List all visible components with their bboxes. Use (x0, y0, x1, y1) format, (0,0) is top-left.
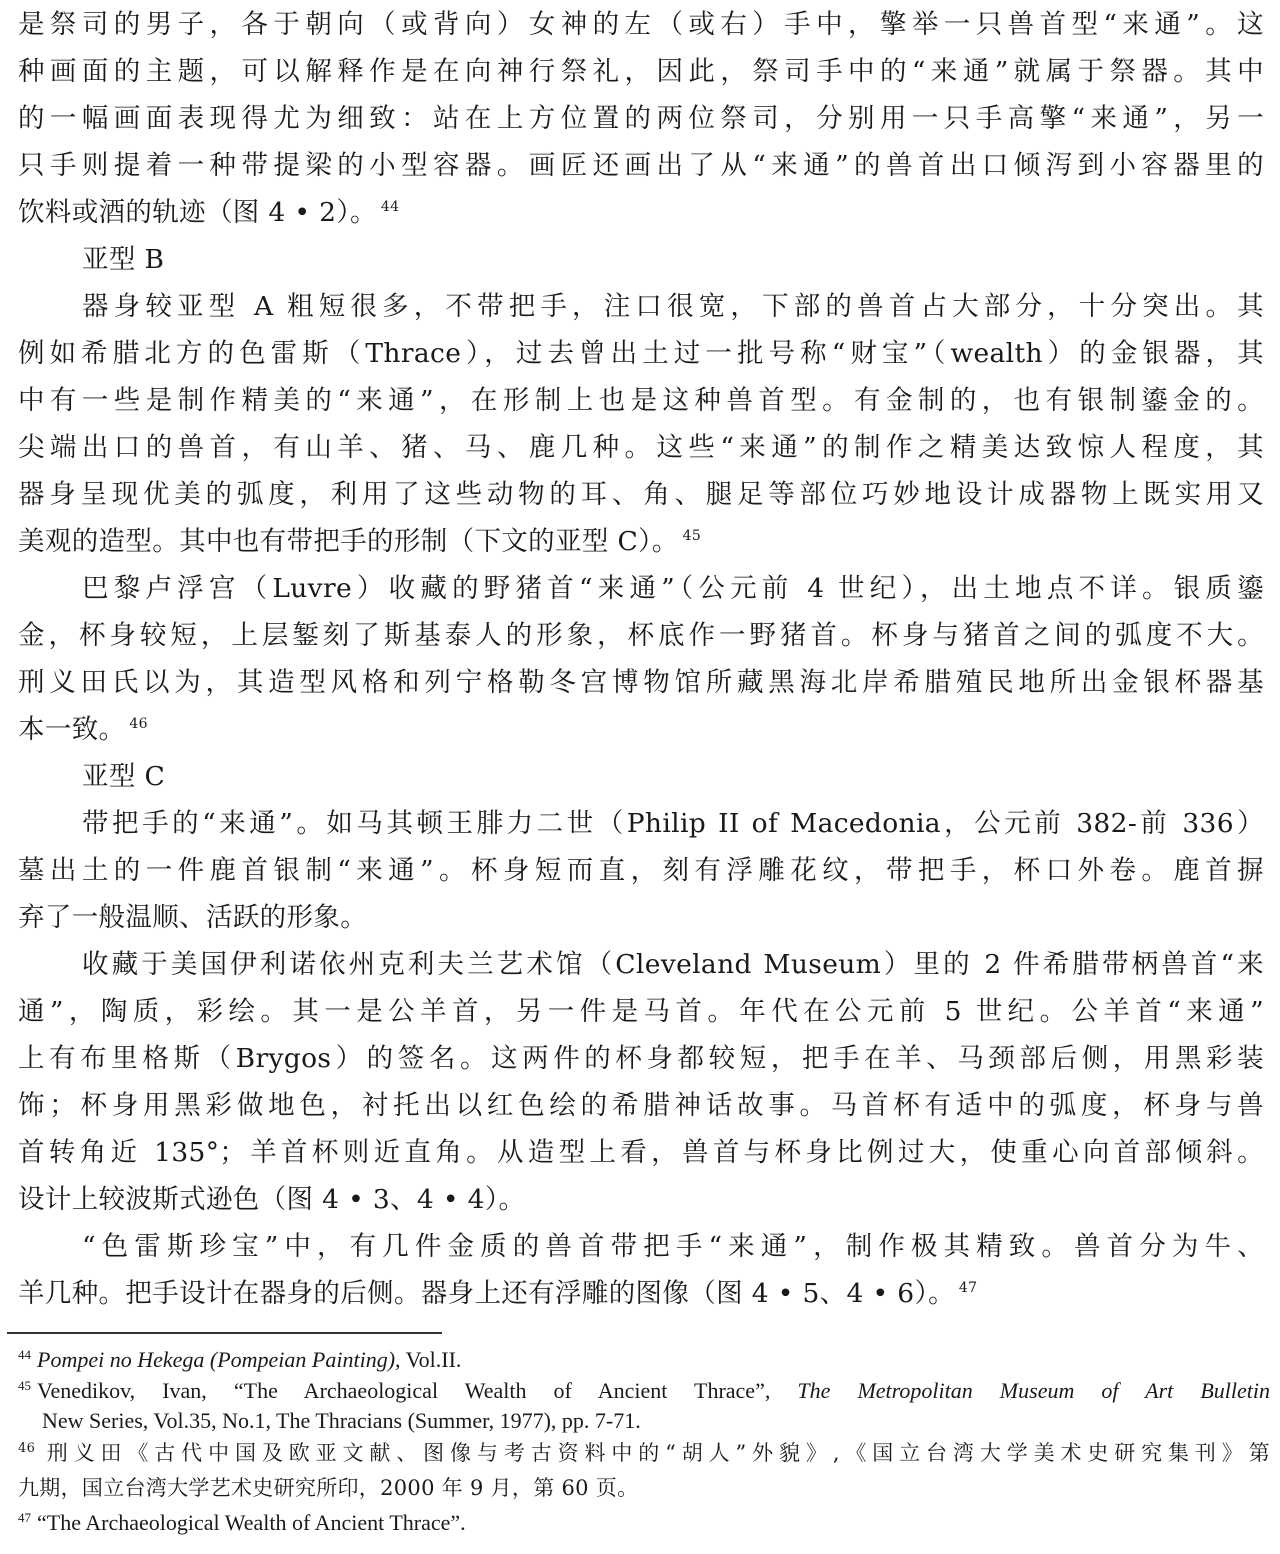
footnote-number: 45 (18, 1378, 31, 1393)
body-line: 饰；杯身用黑彩做地色，衬托出以红色绘的希腊神话故事。马首杯有适中的弧度，杯身与兽 (18, 1088, 1264, 1124)
body-line: 只手则提着一种带提梁的小型容器。画匠还画出了从“来通”的兽首出口倾泻到小容器里的 (18, 148, 1264, 184)
document-page: 是祭司的男子，各于朝向（或背向）女神的左（或右）手中，擎举一只兽首型“来通”。这… (0, 0, 1280, 1554)
footnote-ref-47[interactable]: 47 (959, 1280, 978, 1296)
body-line: 美观的造型。其中也有带把手的形制（下文的亚型 C）。45 (18, 524, 1264, 560)
footnote-45-continued: New Series, Vol.35, No.1, The Thracians … (42, 1407, 1270, 1435)
footnote-number: 46 (18, 1441, 35, 1456)
body-line: 通”，陶质，彩绘。其一是公羊首，另一件是马首。年代在公元前 5 世纪。公羊首“来… (18, 994, 1264, 1030)
footnote-text: , Vol.II. (395, 1347, 461, 1372)
body-line-text: 本一致。 (18, 714, 125, 745)
body-line: 饮料或酒的轨迹（图 4 • 2）。44 (18, 195, 1264, 231)
body-line-text: 美观的造型。其中也有带把手的形制（下文的亚型 C）。 (18, 526, 679, 557)
footnote-title: Pompei no Hekega (Pompeian Painting) (37, 1347, 395, 1372)
footnote-ref-46[interactable]: 46 (129, 716, 148, 732)
body-line: 带把手的“来通”。如马其顿王腓力二世（Philip II of Macedoni… (82, 806, 1264, 842)
footnote-text: Venedikov, Ivan, “The Archaeological Wea… (37, 1378, 797, 1403)
footnote-text: 刑义田《古代中国及欧亚文献、图像与考古资料中的“胡人”外貌》,《国立台湾大学美术… (41, 1441, 1270, 1465)
body-line: 墓出土的一件鹿首银制“来通”。杯身短而直，刻有浮雕花纹，带把手，杯口外卷。鹿首摒 (18, 853, 1264, 889)
footnote-ref-45[interactable]: 45 (683, 528, 702, 544)
footnote-47: 47“The Archaeological Wealth of Ancient … (18, 1509, 1270, 1537)
footnote-separator (7, 1332, 442, 1334)
body-line: 收藏于美国伊利诺依州克利夫兰艺术馆（Cleveland Museum）里的 2 … (82, 947, 1264, 983)
footnote-45: 45Venedikov, Ivan, “The Archaeological W… (18, 1377, 1270, 1405)
body-line: 金，杯身较短，上层錾刻了斯基泰人的形象，杯底作一野猪首。杯身与猪首之间的弧度不大… (18, 618, 1264, 654)
body-line: 器身较亚型 A 粗短很多，不带把手，注口很宽，下部的兽首占大部分，十分突出。其 (82, 289, 1264, 325)
body-line-text: 羊几种。把手设计在器身的后侧。器身上还有浮雕的图像（图 4 • 5、4 • 6）… (18, 1278, 955, 1309)
body-line: 巴黎卢浮宫（Luvre）收藏的野猪首“来通”（公元前 4 世纪），出土地点不详。… (82, 571, 1264, 607)
body-line: 弃了一般温顺、活跃的形象。 (18, 900, 1264, 936)
footnote-text: “The Archaeological Wealth of Ancient Th… (37, 1510, 466, 1535)
footnote-46-continued: 九期，国立台湾大学艺术史研究所印，2000 年 9 月，第 60 页。 (18, 1474, 1270, 1502)
body-line-text: 饮料或酒的轨迹（图 4 • 2）。 (18, 197, 377, 228)
subheading-subtype-b: 亚型 B (82, 242, 1264, 278)
body-line: 羊几种。把手设计在器身的后侧。器身上还有浮雕的图像（图 4 • 5、4 • 6）… (18, 1276, 1264, 1312)
footnote-number: 47 (18, 1510, 31, 1525)
body-line: 种画面的主题，可以解释作是在向神行祭礼，因此，祭司手中的“来通”就属于祭器。其中 (18, 54, 1264, 90)
footnote-ref-44[interactable]: 44 (381, 199, 400, 215)
body-line: 刑义田氏以为，其造型风格和列宁格勒冬宫博物馆所藏黑海北岸希腊殖民地所出金银杯器基 (18, 665, 1264, 701)
body-line: 首转角近 135°；羊首杯则近直角。从造型上看，兽首与杯身比例过大，使重心向首部… (18, 1135, 1264, 1171)
body-line: 上有布里格斯（Brygos）的签名。这两件的杯身都较短，把手在羊、马颈部后侧，用… (18, 1041, 1264, 1077)
subheading-subtype-c: 亚型 C (82, 759, 1264, 795)
body-line: “色雷斯珍宝”中，有几件金质的兽首带把手“来通”，制作极其精致。兽首分为牛、 (82, 1229, 1264, 1265)
body-line: 器身呈现优美的弧度，利用了这些动物的耳、角、腿足等部位巧妙地设计成器物上既实用又 (18, 477, 1264, 513)
body-line: 中有一些是制作精美的“来通”，在形制上也是这种兽首型。有金制的，也有银制鎏金的。 (18, 383, 1264, 419)
body-line: 本一致。46 (18, 712, 1264, 748)
footnote-44: 44Pompei no Hekega (Pompeian Painting), … (18, 1346, 1270, 1374)
body-line: 尖端出口的兽首，有山羊、猪、马、鹿几种。这些“来通”的制作之精美达致惊人程度，其 (18, 430, 1264, 466)
footnote-number: 44 (18, 1347, 31, 1362)
body-line: 是祭司的男子，各于朝向（或背向）女神的左（或右）手中，擎举一只兽首型“来通”。这 (18, 7, 1264, 43)
body-line: 设计上较波斯式逊色（图 4 • 3、4 • 4）。 (18, 1182, 1264, 1218)
body-line: 例如希腊北方的色雷斯（Thrace），过去曾出土过一批号称“财宝”（wealth… (18, 336, 1264, 372)
footnote-journal: The Metropolitan Museum of Art Bulletin (797, 1378, 1270, 1403)
body-line: 的一幅画面表现得尤为细致：站在上方位置的两位祭司，分别用一只手高擎“来通”，另一 (18, 101, 1264, 137)
footnote-46: 46刑义田《古代中国及欧亚文献、图像与考古资料中的“胡人”外貌》,《国立台湾大学… (18, 1439, 1270, 1467)
